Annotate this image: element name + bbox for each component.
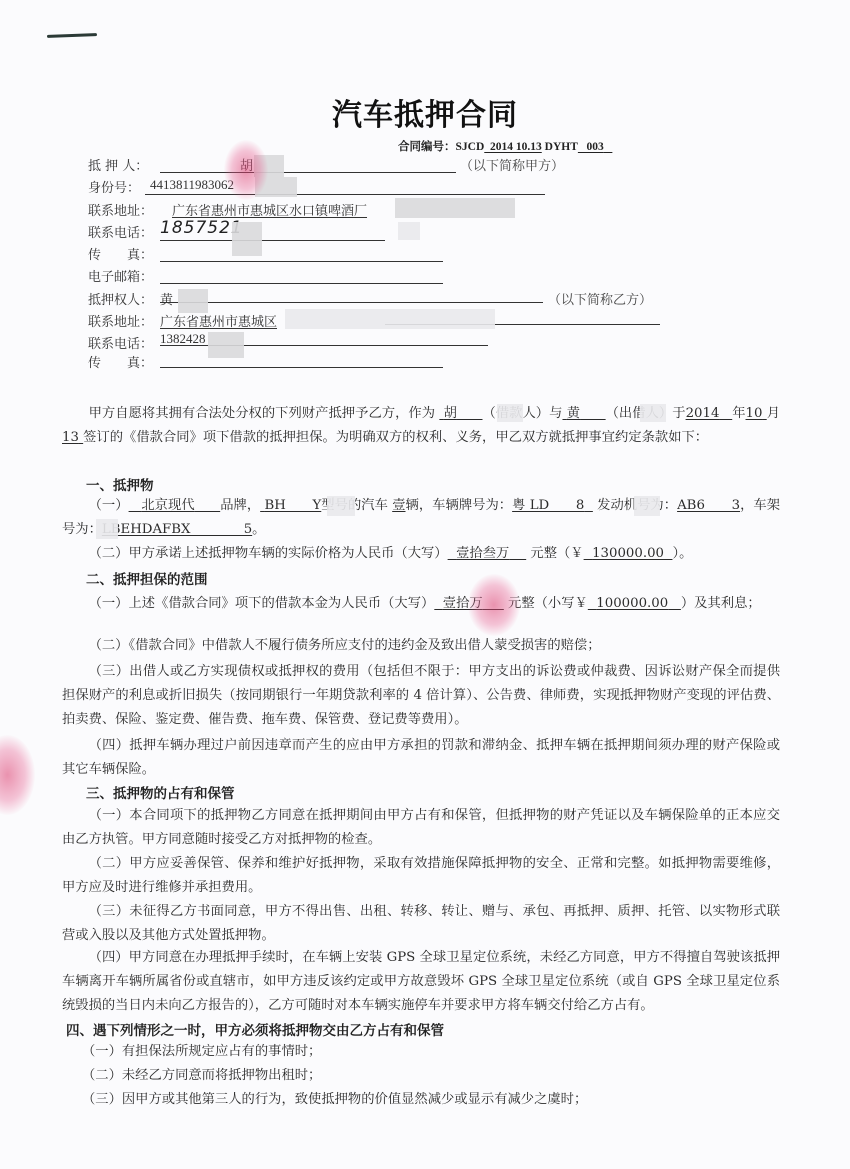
vehicle-model: BH Y bbox=[260, 498, 321, 513]
contract-number: 合同编号：SJCD 2014 10.13 DYHT 003 bbox=[398, 138, 612, 154]
section-4-item-1: （一）有担保法所规定应占有的事情时； bbox=[82, 1040, 800, 1064]
license-plate: 粤 LD 8 bbox=[512, 498, 593, 513]
section-2-item-3: （三）出借人或乙方实现债权或抵押权的费用（包括但不限于：甲方支出的诉讼费或仲裁费… bbox=[62, 660, 780, 732]
fingerprint-stamp bbox=[468, 574, 520, 636]
engine-number: AB6 3 bbox=[677, 498, 740, 513]
party-b-phone-field: 联系电话： bbox=[88, 333, 160, 352]
section-2-heading: 二、抵押担保的范围 bbox=[86, 568, 208, 588]
mortgagee-name: 黄 bbox=[160, 289, 173, 308]
redaction-block bbox=[634, 496, 660, 516]
loan-principal-amount: 100000.00 bbox=[588, 596, 681, 611]
fingerprint-stamp bbox=[0, 735, 35, 815]
vin-number: LBEHDAFBX 5 bbox=[102, 522, 252, 537]
mortgagee-underline bbox=[160, 302, 543, 303]
id-number-value: 4413811983062 bbox=[150, 177, 234, 193]
party-a-email-field: 电子邮箱： bbox=[88, 266, 160, 285]
intro-paragraph: 甲方自愿将其拥有合法处分权的下列财产抵押予乙方，作为 胡 （借款人）与 黄 （出… bbox=[62, 402, 780, 450]
redaction-block bbox=[497, 404, 523, 422]
party-a-email-underline bbox=[160, 283, 443, 284]
party-a-alias-note: （以下简称甲方） bbox=[460, 155, 564, 174]
pen-dash-mark bbox=[47, 33, 97, 38]
section-4-item-2: （二）未经乙方同意而将抵押物出租时； bbox=[82, 1064, 800, 1088]
borrower-name: 胡 bbox=[439, 406, 482, 421]
section-1-item-1: （一） 北京现代 品牌， BH Y型号的汽车 壹辆，车辆牌号为：粤 LD 8 发… bbox=[62, 494, 780, 542]
section-3-item-2: （二）甲方应妥善保管、保养和维护好抵押物，采取有效措施保障抵押物的安全、正常和完… bbox=[62, 852, 780, 900]
sign-day: 13 bbox=[62, 430, 83, 445]
section-4-item-3: （三）因甲方或其他第三人的行为，致使抵押物的价值显然减少或显示有减少之虞时； bbox=[82, 1088, 800, 1112]
party-a-fax-field: 传 真： bbox=[88, 244, 160, 263]
party-b-address-field: 联系地址： bbox=[88, 311, 160, 330]
party-a-phone-underline bbox=[160, 240, 385, 241]
mortgagee-field: 抵押权人： bbox=[88, 289, 160, 308]
section-1-item-2: （二）甲方承诺上述抵押物车辆的实际价格为人民币（大写） 壹拾叁万 元整（￥ 13… bbox=[62, 542, 780, 566]
party-a-address-value: 广东省惠州市惠城区水口镇啤酒厂 bbox=[172, 200, 367, 219]
contract-number-seq: 003 bbox=[578, 141, 613, 153]
section-3-heading: 三、抵押物的占有和保管 bbox=[86, 782, 235, 802]
redaction-block bbox=[285, 309, 495, 329]
section-2-item-2: （二）《借款合同》中借款人不履行债务所应支付的违约金及致出借人蒙受损害的赔偿； bbox=[62, 634, 780, 658]
vehicle-quantity: 壹 bbox=[392, 498, 405, 513]
fingerprint-stamp bbox=[224, 140, 268, 200]
section-1-heading: 一、抵押物 bbox=[86, 474, 154, 494]
party-b-fax-field: 传 真： bbox=[88, 352, 160, 371]
contract-number-label: 合同编号：SJCD bbox=[398, 141, 484, 153]
redaction-block bbox=[96, 519, 118, 539]
mortgagor-underline bbox=[160, 172, 456, 173]
party-b-phone-value: 1382428 bbox=[160, 331, 206, 347]
vehicle-value-cn: 壹拾叁万 bbox=[448, 546, 527, 561]
contract-number-date: 2014 10.13 bbox=[484, 141, 542, 153]
party-a-phone-field: 联系电话： bbox=[88, 222, 160, 241]
section-3-item-4: （四）甲方同意在办理抵押手续时，在车辆上安装 GPS 全球卫星定位系统，未经乙方… bbox=[62, 946, 780, 1018]
redaction-block bbox=[327, 496, 355, 516]
lender-name: 黄 bbox=[562, 406, 605, 421]
redaction-block bbox=[398, 222, 420, 240]
section-3-item-1: （一）本合同项下的抵押物乙方同意在抵押期间由甲方占有和保管，但抵押物的财产凭证以… bbox=[62, 804, 780, 852]
mortgagor-field: 抵 押 人： bbox=[88, 155, 160, 174]
vehicle-brand: 北京现代 bbox=[129, 498, 221, 513]
redaction-block bbox=[178, 289, 208, 313]
section-2-item-4: （四）抵押车辆办理过户前因违章而产生的应由甲方承担的罚款和滞纳金、抵押车辆在抵押… bbox=[62, 734, 780, 782]
redaction-block bbox=[395, 198, 515, 218]
party-b-fax-underline bbox=[160, 367, 443, 368]
redaction-block bbox=[208, 332, 244, 358]
section-4-heading: 四、遇下列情形之一时，甲方必须将抵押物交由乙方占有和保管 bbox=[66, 1019, 444, 1039]
vehicle-value-amount: 130000.00 bbox=[584, 546, 673, 561]
contract-page: 汽车抵押合同 合同编号：SJCD 2014 10.13 DYHT 003 抵 押… bbox=[0, 0, 850, 1169]
party-b-alias-note: （以下简称乙方） bbox=[548, 289, 652, 308]
section-3-item-3: （三）未征得乙方书面同意，甲方不得出售、出租、转移、转让、赠与、承包、再抵押、质… bbox=[62, 900, 780, 948]
redaction-block bbox=[232, 222, 262, 256]
id-number-underline bbox=[145, 194, 545, 195]
party-b-address-value: 广东省惠州市惠城区 bbox=[160, 311, 277, 330]
document-title: 汽车抵押合同 bbox=[0, 90, 850, 134]
party-a-phone-value: 1857521 bbox=[160, 218, 243, 238]
party-a-address-field: 联系地址： bbox=[88, 200, 160, 219]
sign-month: 10 bbox=[746, 406, 767, 421]
section-2-item-1: （一）上述《借款合同》项下的借款本金为人民币（大写） 壹拾万 元整（小写￥ 10… bbox=[62, 592, 780, 616]
redaction-block bbox=[640, 404, 666, 422]
contract-number-mid: DYHT bbox=[545, 141, 578, 153]
sign-year: 2014 bbox=[686, 406, 733, 421]
party-a-fax-underline bbox=[160, 261, 443, 262]
